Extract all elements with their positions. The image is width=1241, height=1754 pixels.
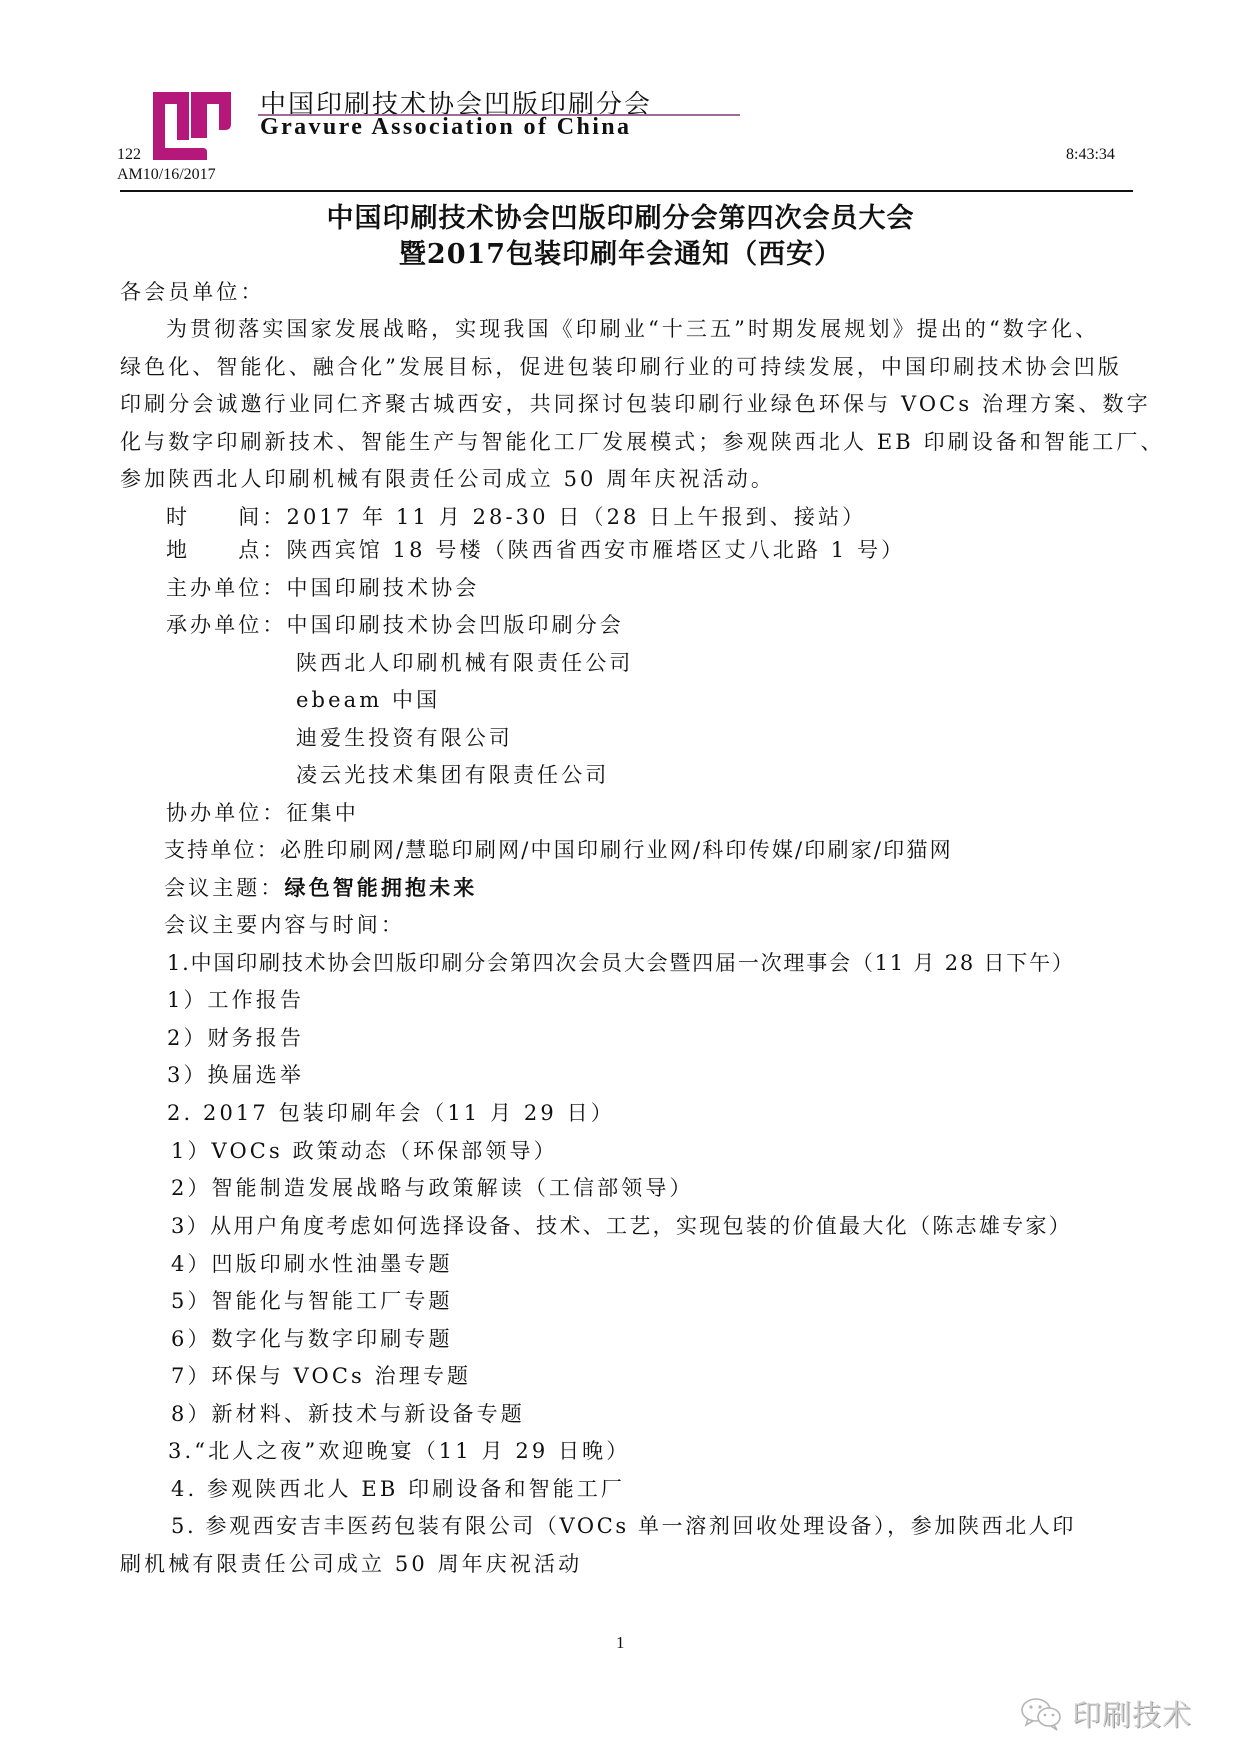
agenda-item: 7）环保与 VOCs 治理专题 <box>171 1362 471 1390</box>
intro-line: 参加陕西北人印刷机械有限责任公司成立 50 周年庆祝活动。 <box>120 465 775 493</box>
agenda-section-5: 5. 参观西安吉丰医药包装有限公司（VOCs 单一溶剂回收处理设备），参加陕西北… <box>171 1512 1076 1540</box>
agenda-item: 3）换届选举 <box>167 1061 304 1089</box>
detail-value: 陕西宾馆 18 号楼（陕西省西安市雁塔区丈八北路 1 号） <box>287 538 906 562</box>
intro-line: 绿色化、智能化、融合化”发展目标，促进包装印刷行业的可持续发展，中国印刷技术协会… <box>120 353 1122 381</box>
agenda-section-2-title: 2. 2017 包装印刷年会（11 月 29 日） <box>167 1099 615 1127</box>
salutation: 各会员单位： <box>120 278 265 306</box>
detail-value: 必胜印刷网/慧聪印刷网/中国印刷行业网/科印传媒/印刷家/印猫网 <box>280 838 953 862</box>
detail-label: 地 点： <box>166 538 287 562</box>
agenda-item: 8）新材料、新技术与新设备专题 <box>171 1400 525 1428</box>
intro-line: 印刷分会诚邀行业同仁齐聚古城西安，共同探讨包装印刷行业绿色环保与 VOCs 治理… <box>120 390 1151 418</box>
organizer-item: 迪爱生投资有限公司 <box>296 724 513 752</box>
agenda-item: 3）从用户角度考虑如何选择设备、技术、工艺，实现包装的价值最大化（陈志雄专家） <box>171 1212 1072 1240</box>
agenda-item: 2）财务报告 <box>167 1024 304 1052</box>
agenda-item: 4）凹版印刷水性油墨专题 <box>171 1250 453 1278</box>
org-name-en: Gravure Association of China <box>260 114 631 141</box>
fax-time: 8:43:34 <box>1066 146 1115 164</box>
detail-theme: 会议主题：绿色智能拥抱未来 <box>164 874 477 902</box>
intro-line: 为贯彻落实国家发展战略，实现我国《印刷业“十三五”时期发展规划》提出的“数字化、 <box>166 315 1099 343</box>
detail-supporters: 支持单位：必胜印刷网/慧聪印刷网/中国印刷行业网/科印传媒/印刷家/印猫网 <box>164 836 953 864</box>
detail-time: 时 间：2017 年 11 月 28-30 日（28 日上午报到、接站） <box>166 503 866 531</box>
association-logo-icon <box>151 90 233 162</box>
document-title-line1: 中国印刷技术协会凹版印刷分会第四次会员大会 <box>0 196 1241 235</box>
agenda-item: 2）智能制造发展战略与政策解读（工信部领导） <box>171 1174 694 1202</box>
agenda-section-1-title: 1.中国印刷技术协会凹版印刷分会第四次会员大会暨四届一次理事会（11 月 28 … <box>167 949 1075 977</box>
detail-label: 时 间： <box>166 505 287 529</box>
detail-label: 支持单位： <box>164 838 280 862</box>
fax-date: AM10/16/2017 <box>117 166 216 184</box>
organizer-item: ebeam 中国 <box>296 686 440 714</box>
organizer-item: 凌云光技术集团有限责任公司 <box>296 761 609 789</box>
agenda-section-3: 3.“北人之夜”欢迎晚宴（11 月 29 日晚） <box>168 1437 630 1465</box>
detail-value: 2017 年 11 月 28-30 日（28 日上午报到、接站） <box>287 505 867 529</box>
agenda-item: 6）数字化与数字印刷专题 <box>171 1325 453 1353</box>
document-title-line2: 暨2017包装印刷年会通知（西安） <box>0 232 1241 271</box>
detail-label: 会议主题： <box>164 876 285 900</box>
detail-label: 协办单位： <box>166 801 287 825</box>
detail-label: 主办单位： <box>166 576 287 600</box>
page-number: 1 <box>616 1633 625 1653</box>
detail-value: 中国印刷技术协会 <box>287 576 480 600</box>
fax-page-code: 122 <box>117 146 141 164</box>
wechat-icon <box>1020 1696 1064 1732</box>
organizer-item: 陕西北人印刷机械有限责任公司 <box>296 649 633 677</box>
detail-organizers: 承办单位：中国印刷技术协会凹版印刷分会 <box>166 611 624 639</box>
agenda-section-5-cont: 刷机械有限责任公司成立 50 周年庆祝活动 <box>120 1550 582 1578</box>
detail-co-organizers: 协办单位：征集中 <box>166 799 359 827</box>
agenda-item: 1）工作报告 <box>167 986 304 1014</box>
watermark-text: 印刷技术 <box>1072 1693 1192 1734</box>
detail-host: 主办单位：中国印刷技术协会 <box>166 574 479 602</box>
agenda-item: 5）智能化与智能工厂专题 <box>171 1287 453 1315</box>
header-rule <box>120 190 1133 192</box>
watermark: 印刷技术 <box>1020 1693 1192 1734</box>
agenda-item: 1）VOCs 政策动态（环保部领导） <box>171 1137 558 1165</box>
detail-value: 中国印刷技术协会凹版印刷分会 <box>287 613 624 637</box>
detail-label: 承办单位： <box>166 613 287 637</box>
detail-venue: 地 点：陕西宾馆 18 号楼（陕西省西安市雁塔区丈八北路 1 号） <box>166 536 905 564</box>
intro-line: 化与数字印刷新技术、智能生产与智能化工厂发展模式；参观陕西北人 EB 印刷设备和… <box>120 428 1165 456</box>
theme-value: 绿色智能拥抱未来 <box>285 875 478 900</box>
agenda-section-4: 4. 参观陕西北人 EB 印刷设备和智能工厂 <box>171 1475 625 1503</box>
detail-value: 征集中 <box>287 801 359 825</box>
agenda-heading: 会议主要内容与时间： <box>164 911 405 939</box>
